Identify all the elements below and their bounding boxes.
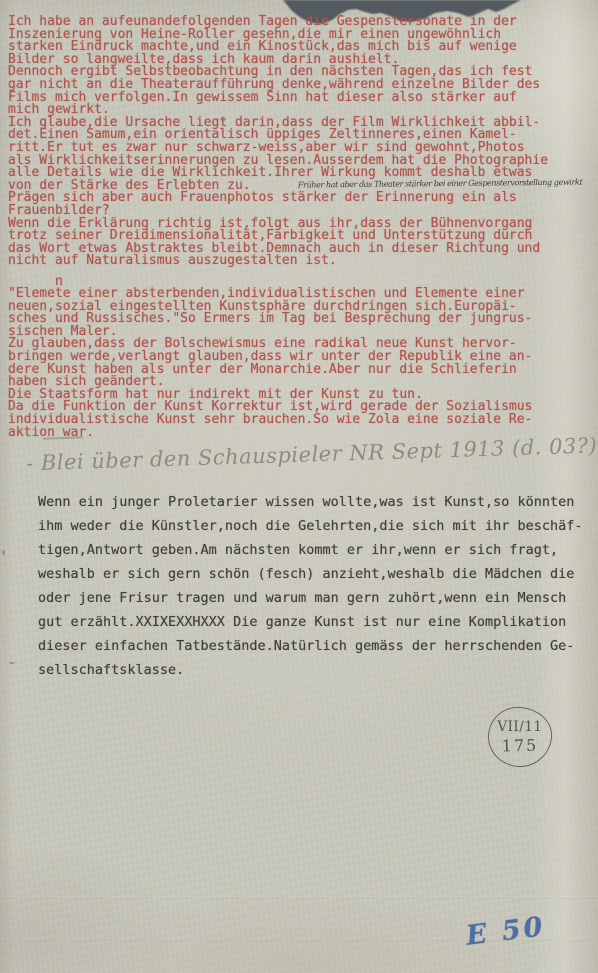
typed-line: weshalb er sich gern schön (fesch) anzie… (38, 562, 583, 586)
red-typescript-paragraph-1: Ich habe an aufeunandefolgenden Tagen di… (8, 16, 548, 268)
scan-speck (2, 550, 5, 555)
archive-number-circle: VII/11 175 (487, 706, 553, 768)
blue-crayon-mark: E 50 (464, 911, 547, 951)
black-typescript-paragraph: Wenn ein junger Proletarier wissen wollt… (38, 490, 583, 682)
typed-line: nicht auf Naturalismus auszugestalten is… (8, 255, 548, 268)
handwritten-ink-annotation: Früher hat aber das Theater stärker bei … (298, 177, 594, 189)
typed-line: sellschaftsklasse. (38, 658, 583, 682)
paper-crease (0, 938, 598, 941)
typed-line: tigen,Antwort geben.Am nächsten kommt er… (38, 538, 583, 562)
scan-speck (222, 119, 225, 122)
pencil-heading-annotation: - Blei über den Schauspieler NR Sept 191… (26, 437, 497, 476)
scanned-typescript-page: Ich habe an aufeunandefolgenden Tagen di… (0, 0, 598, 973)
scan-speck (9, 662, 15, 664)
archive-number-bottom: 175 (501, 736, 538, 756)
typed-line: dieser einfachen Tatbestände.Natürlich g… (38, 634, 583, 658)
typed-line: oder jene Frisur tragen und warum man ge… (38, 586, 583, 610)
typed-line: Wenn ein junger Proletarier wissen wollt… (38, 490, 583, 514)
archive-number-top: VII/11 (498, 719, 543, 735)
red-typescript-paragraph-2: "Elemete einer absterbenden,individualis… (8, 288, 532, 439)
typed-line: ihm weder die Künstler,noch die Gelehrte… (38, 514, 583, 538)
paper-crease (0, 896, 598, 899)
typed-line: gut erzählt.XXIXEXXHXXX Die ganze Kunst … (38, 610, 583, 634)
